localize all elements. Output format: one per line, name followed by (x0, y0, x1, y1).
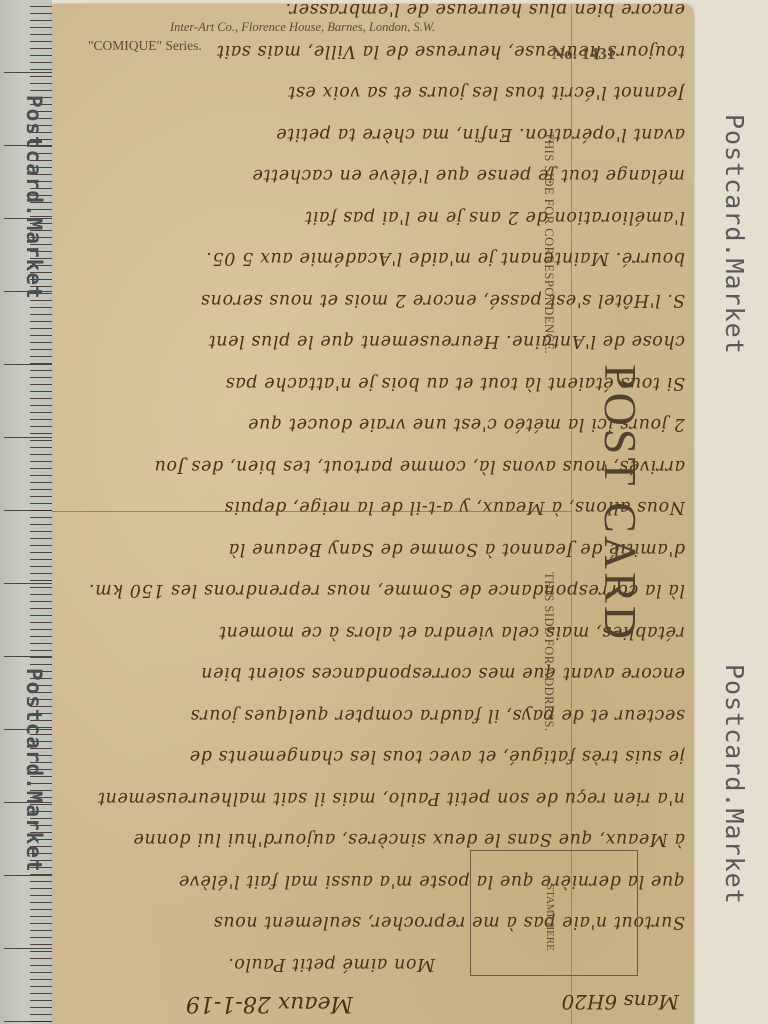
handwritten-line: encore avant que mes correspondances soi… (63, 652, 685, 694)
ruler-watermark-label: Postcard.Market (6, 668, 46, 873)
post-card-title: POST CARD (594, 364, 647, 642)
stamp-label: STAMP HERE (544, 884, 556, 951)
handwritten-line: là la correspondance de Somme, nous repr… (63, 569, 685, 611)
watermark: Postcard.Market (720, 114, 749, 355)
handwritten-line: avant l'opération. Enfin, ma chère ta pe… (63, 113, 685, 155)
handwritten-line: secteur et de pays, il faudra compter qu… (63, 694, 685, 736)
ruler-watermark-label: Postcard.Market (6, 95, 46, 300)
postcard-back: Meaux 28-1-19 Mans 6H20 Mon aimé petit P… (52, 4, 693, 1024)
measuring-ruler: Postcard.Market Postcard.Market (0, 0, 52, 1024)
horizontal-rule (52, 511, 572, 512)
handwritten-line: d'amitié de Jeannot à Somme de Sany Beau… (63, 528, 685, 570)
handwritten-place-date: Meaux 28-1-19 (186, 991, 353, 1016)
handwritten-message: Mon aimé petit Paulo. Surtout n'aie pas … (63, 4, 685, 984)
handwritten-line: Nous allons, à Meaux, y a-t-il de la nei… (63, 486, 685, 528)
handwritten-line: 2 jours ici la météo c'est une vraie dou… (63, 403, 685, 445)
handwritten-line: mélange tout je pense que l'élève en cac… (63, 154, 685, 196)
handwritten-line: n'a rien reçu de son petit Paulo, mais i… (63, 777, 685, 819)
handwritten-line: je suis très fatigué, et avec tous les c… (63, 735, 685, 777)
series-label: "COMIQUE" Series. (88, 38, 202, 54)
handwritten-line: S. l'Hôtel s'est passé, encore 2 mois et… (63, 279, 685, 321)
correspondence-label: THIS SIDE FOR CORRESPONDENCE. (541, 132, 556, 354)
handwritten-line: Jeannot l'écrit tous les jours et sa voi… (63, 71, 685, 113)
handwritten-reference: Mans 6H20 (561, 990, 679, 1014)
publisher-line: Inter-Art Co., Florence House, Barnes, L… (170, 20, 435, 35)
address-label: THIS SIDE FOR ADDRESS. (541, 572, 556, 732)
watermark: Postcard.Market (720, 664, 749, 905)
handwritten-line: arrivés, nous avons là, comme partout, t… (63, 445, 685, 487)
handwritten-line: bourré. Maintenant je m'aide l'Académie … (63, 237, 685, 279)
handwritten-line: l'amélioration de 2 ans je ne l'ai pas f… (63, 196, 685, 238)
handwritten-line: rétablies, mais cela viendra et alors à … (63, 611, 685, 653)
handwritten-line: Si tous étaient là tout et au bois je n'… (63, 362, 685, 404)
card-number: No. 1431 (552, 44, 615, 64)
handwritten-line: chose de l'Antaine. Heureusement que le … (63, 320, 685, 362)
